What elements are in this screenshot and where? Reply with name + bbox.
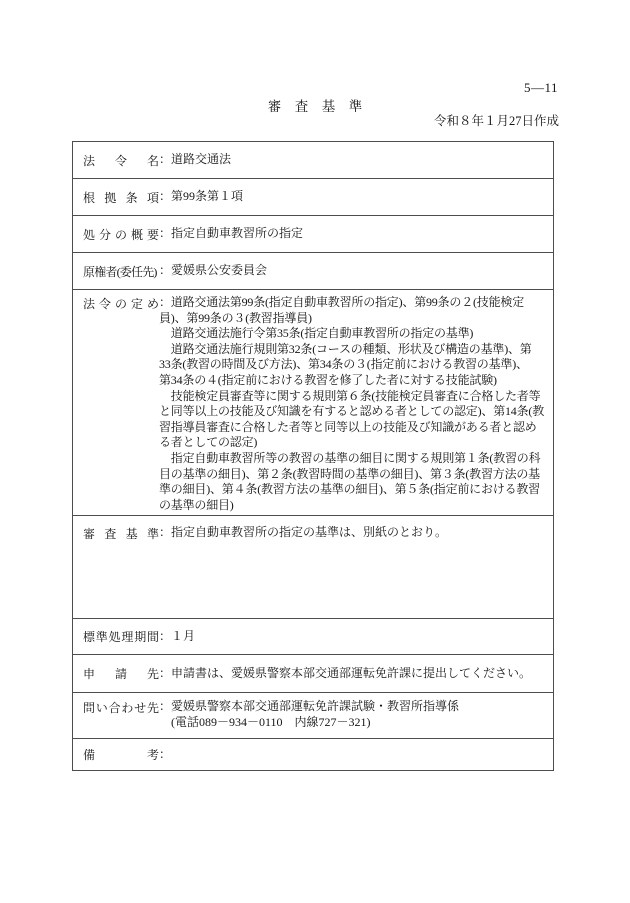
row-application-label: 申請先 — [83, 665, 159, 682]
row-law-name: 法令名 ：道路交通法 — [73, 142, 553, 178]
row-contact-content: ：愛媛県警察本部交通部運転免許課試験・教習所指導係 (電話089－934－011… — [159, 699, 547, 730]
row-contact-label: 問い合わせ先 — [83, 699, 159, 716]
row-law-name-label: 法令名 — [83, 152, 159, 169]
row-period-content: ：１月 — [159, 629, 547, 645]
colon-separator: ： — [159, 666, 171, 680]
row-law-provisions: 法令の定め ：道路交通法第99条(指定自動車教習所の指定)、第99条の２(技能検… — [73, 289, 553, 515]
row-application-value: 申請書は、愛媛県警察本部交通部運転免許課に提出してください。 — [171, 666, 531, 680]
row-review-criteria: 審査基準 ：指定自動車教習所の指定の基準は、別紙のとおり。 — [73, 515, 553, 618]
row-provisions-label: 法令の定め — [83, 295, 159, 312]
row-original-authority: 原権者(委任先) ：愛媛県公安委員会 — [73, 252, 553, 289]
row-remarks-label: 備考 — [83, 746, 159, 763]
colon-separator: ： — [159, 152, 171, 166]
row-application-destination: 申請先 ：申請書は、愛媛県警察本部交通部運転免許課に提出してください。 — [73, 654, 553, 692]
colon-separator: ： — [159, 747, 171, 761]
row-provisions-content: ：道路交通法第99条(指定自動車教習所の指定)、第99条の２(技能検定 員)、第… — [159, 295, 547, 513]
row-disposition-value: 指定自動車教習所の指定 — [171, 226, 303, 240]
row-contact-info: 問い合わせ先 ：愛媛県警察本部交通部運転免許課試験・教習所指導係 (電話089－… — [73, 692, 553, 738]
row-processing-period: 標準処理期間 ：１月 — [73, 618, 553, 654]
colon-separator: ： — [159, 189, 171, 203]
row-remarks: 備考 ： — [73, 738, 553, 770]
row-criteria-label: 審査基準 — [83, 525, 159, 542]
row-disposition-summary: 処分の概要 ：指定自動車教習所の指定 — [73, 215, 553, 252]
row-legal-basis-content: ：第99条第１項 — [159, 189, 547, 205]
row-period-value: １月 — [171, 629, 195, 643]
row-disposition-content: ：指定自動車教習所の指定 — [159, 226, 547, 242]
row-application-content: ：申請書は、愛媛県警察本部交通部運転免許課に提出してください。 — [159, 666, 547, 682]
colon-separator: ： — [159, 525, 171, 539]
row-legal-basis: 根拠条項 ：第99条第１項 — [73, 178, 553, 215]
colon-separator: ： — [159, 699, 171, 713]
row-period-label: 標準処理期間 — [83, 628, 159, 645]
document-page: 5—11 審 査 基 準 令和８年１月27日作成 法令名 ：道路交通法 根拠条項… — [0, 0, 630, 903]
colon-separator: ： — [159, 226, 171, 240]
row-criteria-content: ：指定自動車教習所の指定の基準は、別紙のとおり。 — [159, 525, 547, 541]
row-disposition-label: 処分の概要 — [83, 226, 159, 243]
colon-separator: ： — [159, 263, 171, 277]
created-date: 令和８年１月27日作成 — [434, 111, 559, 129]
row-legal-basis-label: 根拠条項 — [83, 189, 159, 206]
row-provisions-value: 道路交通法第99条(指定自動車教習所の指定)、第99条の２(技能検定 員)、第9… — [159, 295, 544, 512]
row-legal-basis-value: 第99条第１項 — [171, 189, 243, 203]
row-criteria-value: 指定自動車教習所の指定の基準は、別紙のとおり。 — [171, 525, 447, 539]
row-authority-value: 愛媛県公安委員会 — [171, 263, 267, 277]
criteria-table: 法令名 ：道路交通法 根拠条項 ：第99条第１項 処分の概要 ：指定自動車教習所… — [72, 141, 554, 771]
page-number: 5—11 — [524, 80, 558, 96]
row-law-name-value: 道路交通法 — [171, 152, 231, 166]
colon-separator: ： — [159, 295, 171, 309]
row-authority-label: 原権者(委任先) — [83, 263, 159, 280]
row-contact-value: 愛媛県警察本部交通部運転免許課試験・教習所指導係 (電話089－934－0110… — [159, 699, 459, 729]
row-remarks-content: ： — [159, 747, 547, 763]
row-law-name-content: ：道路交通法 — [159, 152, 547, 168]
colon-separator: ： — [159, 629, 171, 643]
row-authority-content: ：愛媛県公安委員会 — [159, 263, 547, 279]
